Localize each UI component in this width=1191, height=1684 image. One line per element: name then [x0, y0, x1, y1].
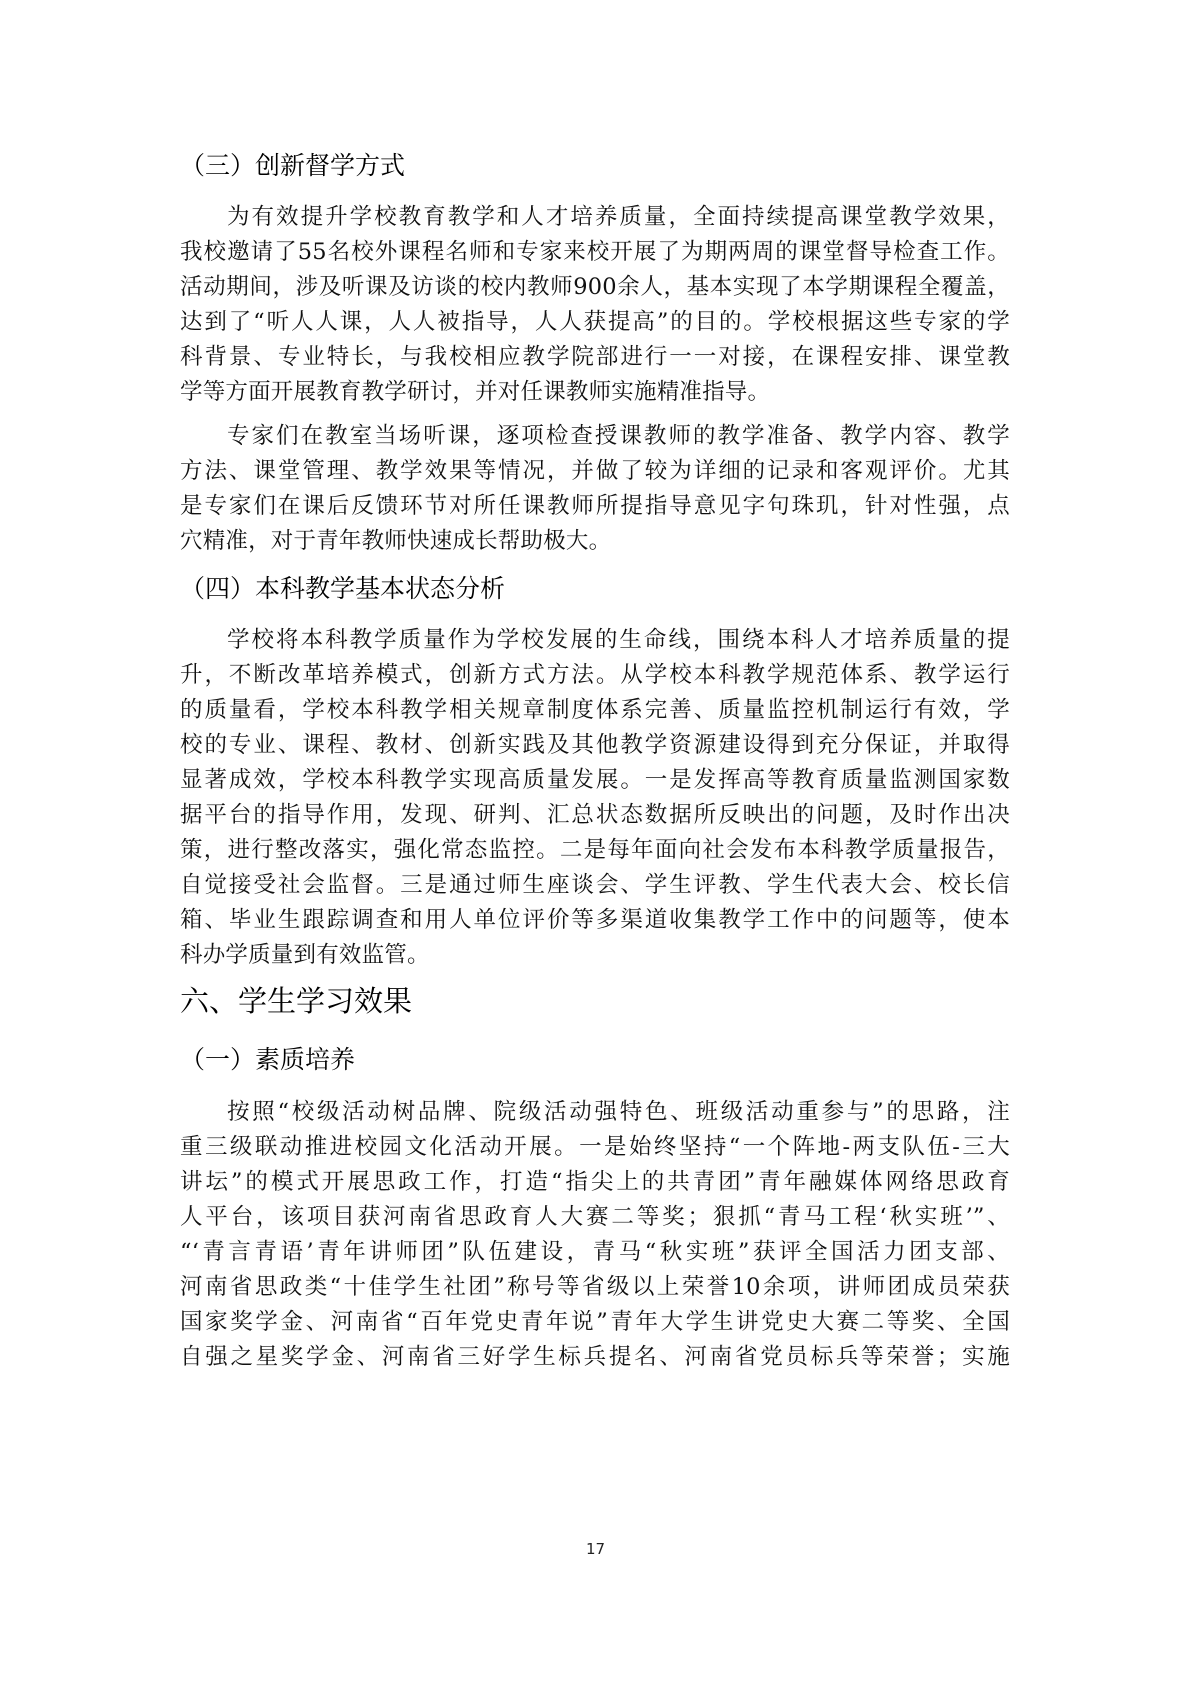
- text-line: 箱、毕业生跟踪调查和用人单位评价等多渠道收集教学工作中的问题等，使本: [180, 905, 1010, 935]
- text-line: 讲坛”的模式开展思政工作，打造“指尖上的共青团”青年融媒体网络思政育: [180, 1167, 1010, 1197]
- section-heading-innovative-supervision: （三）创新督学方式: [180, 150, 405, 182]
- text-line: 方法、课堂管理、教学效果等情况，并做了较为详细的记录和客观评价。尤其: [180, 456, 1010, 486]
- text-line: 国家奖学金、河南省“百年党史青年说”青年大学生讲党史大赛二等奖、全国: [180, 1307, 1010, 1337]
- text-line: 科办学质量到有效监管。: [180, 940, 1010, 970]
- section-heading-undergraduate-status-analysis: （四）本科教学基本状态分析: [180, 573, 505, 605]
- page-number: 17: [0, 1540, 1191, 1558]
- text-line: 活动期间，涉及听课及访谈的校内教师900余人，基本实现了本学期课程全覆盖，: [180, 272, 1010, 302]
- section-heading-quality-cultivation: （一）素质培养: [180, 1044, 355, 1076]
- text-line: 策，进行整改落实，强化常态监控。二是每年面向社会发布本科教学质量报告，: [180, 835, 1010, 865]
- text-line: 是专家们在课后反馈环节对所任课教师所提指导意见字句珠玑，针对性强，点: [180, 491, 1010, 521]
- text-line: “‘青言青语’青年讲师团”队伍建设，青马“秋实班”获评全国活力团支部、: [180, 1237, 1010, 1267]
- document-page: （三）创新督学方式 为有效提升学校教育教学和人才培养质量，全面持续提高课堂教学效…: [0, 0, 1191, 1684]
- text-line: 自觉接受社会监督。三是通过师生座谈会、学生评教、学生代表大会、校长信: [180, 870, 1010, 900]
- text-line: 校的专业、课程、教材、创新实践及其他教学资源建设得到充分保证，并取得: [180, 730, 1010, 760]
- chapter-heading-student-learning-outcomes: 六、学生学习效果: [180, 983, 412, 1019]
- text-line: 学校将本科教学质量作为学校发展的生命线，围绕本科人才培养质量的提: [227, 625, 1010, 655]
- text-line: 升，不断改革培养模式，创新方式方法。从学校本科教学规范体系、教学运行: [180, 660, 1010, 690]
- text-line: 学等方面开展教育教学研讨，并对任课教师实施精准指导。: [180, 377, 1010, 407]
- text-line: 河南省思政类“十佳学生社团”称号等省级以上荣誉10余项，讲师团成员荣获: [180, 1272, 1010, 1302]
- text-line: 我校邀请了55名校外课程名师和专家来校开展了为期两周的课堂督导检查工作。: [180, 237, 1010, 267]
- text-line: 自强之星奖学金、河南省三好学生标兵提名、河南省党员标兵等荣誉；实施: [180, 1342, 1010, 1372]
- text-line: 穴精准，对于青年教师快速成长帮助极大。: [180, 526, 1010, 556]
- text-line: 人平台，该项目获河南省思政育人大赛二等奖；狠抓“青马工程‘秋实班’”、: [180, 1202, 1010, 1232]
- text-line: 按照“校级活动树品牌、院级活动强特色、班级活动重参与”的思路，注: [227, 1097, 1010, 1127]
- text-line: 显著成效，学校本科教学实现高质量发展。一是发挥高等教育质量监测国家数: [180, 765, 1010, 795]
- text-line: 重三级联动推进校园文化活动开展。一是始终坚持“一个阵地-两支队伍-三大: [180, 1132, 1010, 1162]
- text-line: 据平台的指导作用，发现、研判、汇总状态数据所反映出的问题，及时作出决: [180, 800, 1010, 830]
- text-line: 科背景、专业特长，与我校相应教学院部进行一一对接，在课程安排、课堂教: [180, 342, 1010, 372]
- text-line: 的质量看，学校本科教学相关规章制度体系完善、质量监控机制运行有效，学: [180, 695, 1010, 725]
- text-line: 为有效提升学校教育教学和人才培养质量，全面持续提高课堂教学效果，: [227, 202, 1010, 232]
- text-line: 专家们在教室当场听课，逐项检查授课教师的教学准备、教学内容、教学: [227, 421, 1010, 451]
- text-line: 达到了“听人人课，人人被指导，人人获提高”的目的。学校根据这些专家的学: [180, 307, 1010, 337]
